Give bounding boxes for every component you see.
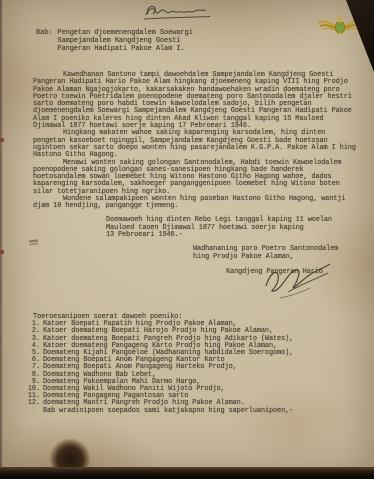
distribution-note: Bab wradinipoen soepados sami katjakapno… <box>43 408 357 415</box>
scan-edge-bottom <box>0 467 374 479</box>
subject-block: Bab: Pengetan djoemenengdalem Soewargi S… <box>36 29 193 54</box>
signature-icon <box>258 258 343 304</box>
body-paragraph: Menawi wonten saking golongan Santonodal… <box>33 160 357 196</box>
handwritten-annotation-icon <box>140 1 230 23</box>
distribution-list: Toeroesanipoen soerat dawoeh poeniko: 1.… <box>27 314 357 415</box>
item-number: 12. <box>27 400 40 407</box>
letter-body: Kawedhanan Santono tampi dawoehdalem Sam… <box>33 72 357 211</box>
date-line: 13 Pebroeari 1946.- <box>106 232 332 240</box>
date-block: Doemawoeh hing dinten Rebo Legi tanggal … <box>106 217 332 240</box>
scanned-letter: Bab: Pengetan djoemenengdalem Soewargi S… <box>0 0 374 479</box>
subject-line: Pengetan djoemenengdalem Soewargi <box>57 29 192 37</box>
subject-lines: Pengetan djoemenengdalem Soewargi Sampej… <box>57 29 192 54</box>
subject-line: Pangeran Hadipati Pakoe Alam I. <box>57 45 192 53</box>
scan-edge-left <box>0 0 3 479</box>
subject-label: Bab: <box>36 29 52 54</box>
body-paragraph: Kawedhanan Santono tampi dawoehdalem Sam… <box>33 72 357 130</box>
body-paragraph: Hingkang makaten wahoe saking kaparengin… <box>33 130 357 159</box>
body-paragraph: Wondene salampakipoen wonten hing paseba… <box>33 196 357 211</box>
